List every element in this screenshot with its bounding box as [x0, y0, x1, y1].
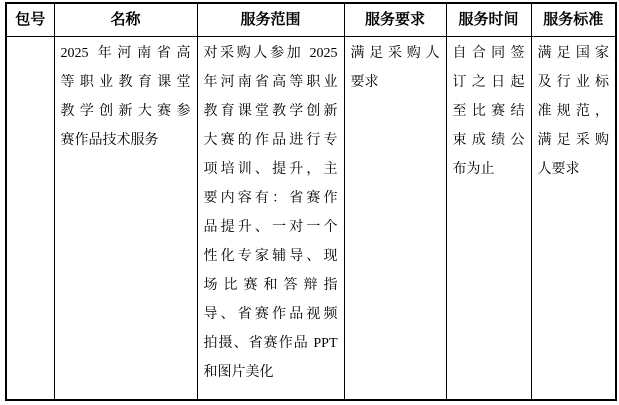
- col-header-service-scope: 服务范围: [197, 3, 344, 37]
- col-header-service-time: 服务时间: [446, 3, 531, 37]
- table-row: 2025 年河南省高等职业教育课堂教学创新大赛参赛作品技术服务 对采购人参加 2…: [6, 37, 616, 400]
- col-header-service-requirement: 服务要求: [344, 3, 446, 37]
- cell-service-time: 自合同签订之日起至比赛结束成绩公布为止: [446, 37, 531, 400]
- col-header-package-no: 包号: [6, 3, 54, 37]
- service-table: 包号 名称 服务范围 服务要求 服务时间 服务标准 2025 年河南省高等职业教…: [5, 2, 617, 401]
- col-header-service-standard: 服务标准: [531, 3, 616, 37]
- cell-service-standard: 满足国家及行业标准规范，满足采购人要求: [531, 37, 616, 400]
- header-row: 包号 名称 服务范围 服务要求 服务时间 服务标准: [6, 3, 616, 37]
- document-page: 包号 名称 服务范围 服务要求 服务时间 服务标准 2025 年河南省高等职业教…: [0, 0, 619, 405]
- cell-service-requirement: 满足采购人要求: [344, 37, 446, 400]
- cell-service-scope: 对采购人参加 2025年河南省高等职业教育课堂教学创新大赛的作品进行专项培训、提…: [197, 37, 344, 400]
- cell-name: 2025 年河南省高等职业教育课堂教学创新大赛参赛作品技术服务: [54, 37, 197, 400]
- col-header-name: 名称: [54, 3, 197, 37]
- cell-package-no: [6, 37, 54, 400]
